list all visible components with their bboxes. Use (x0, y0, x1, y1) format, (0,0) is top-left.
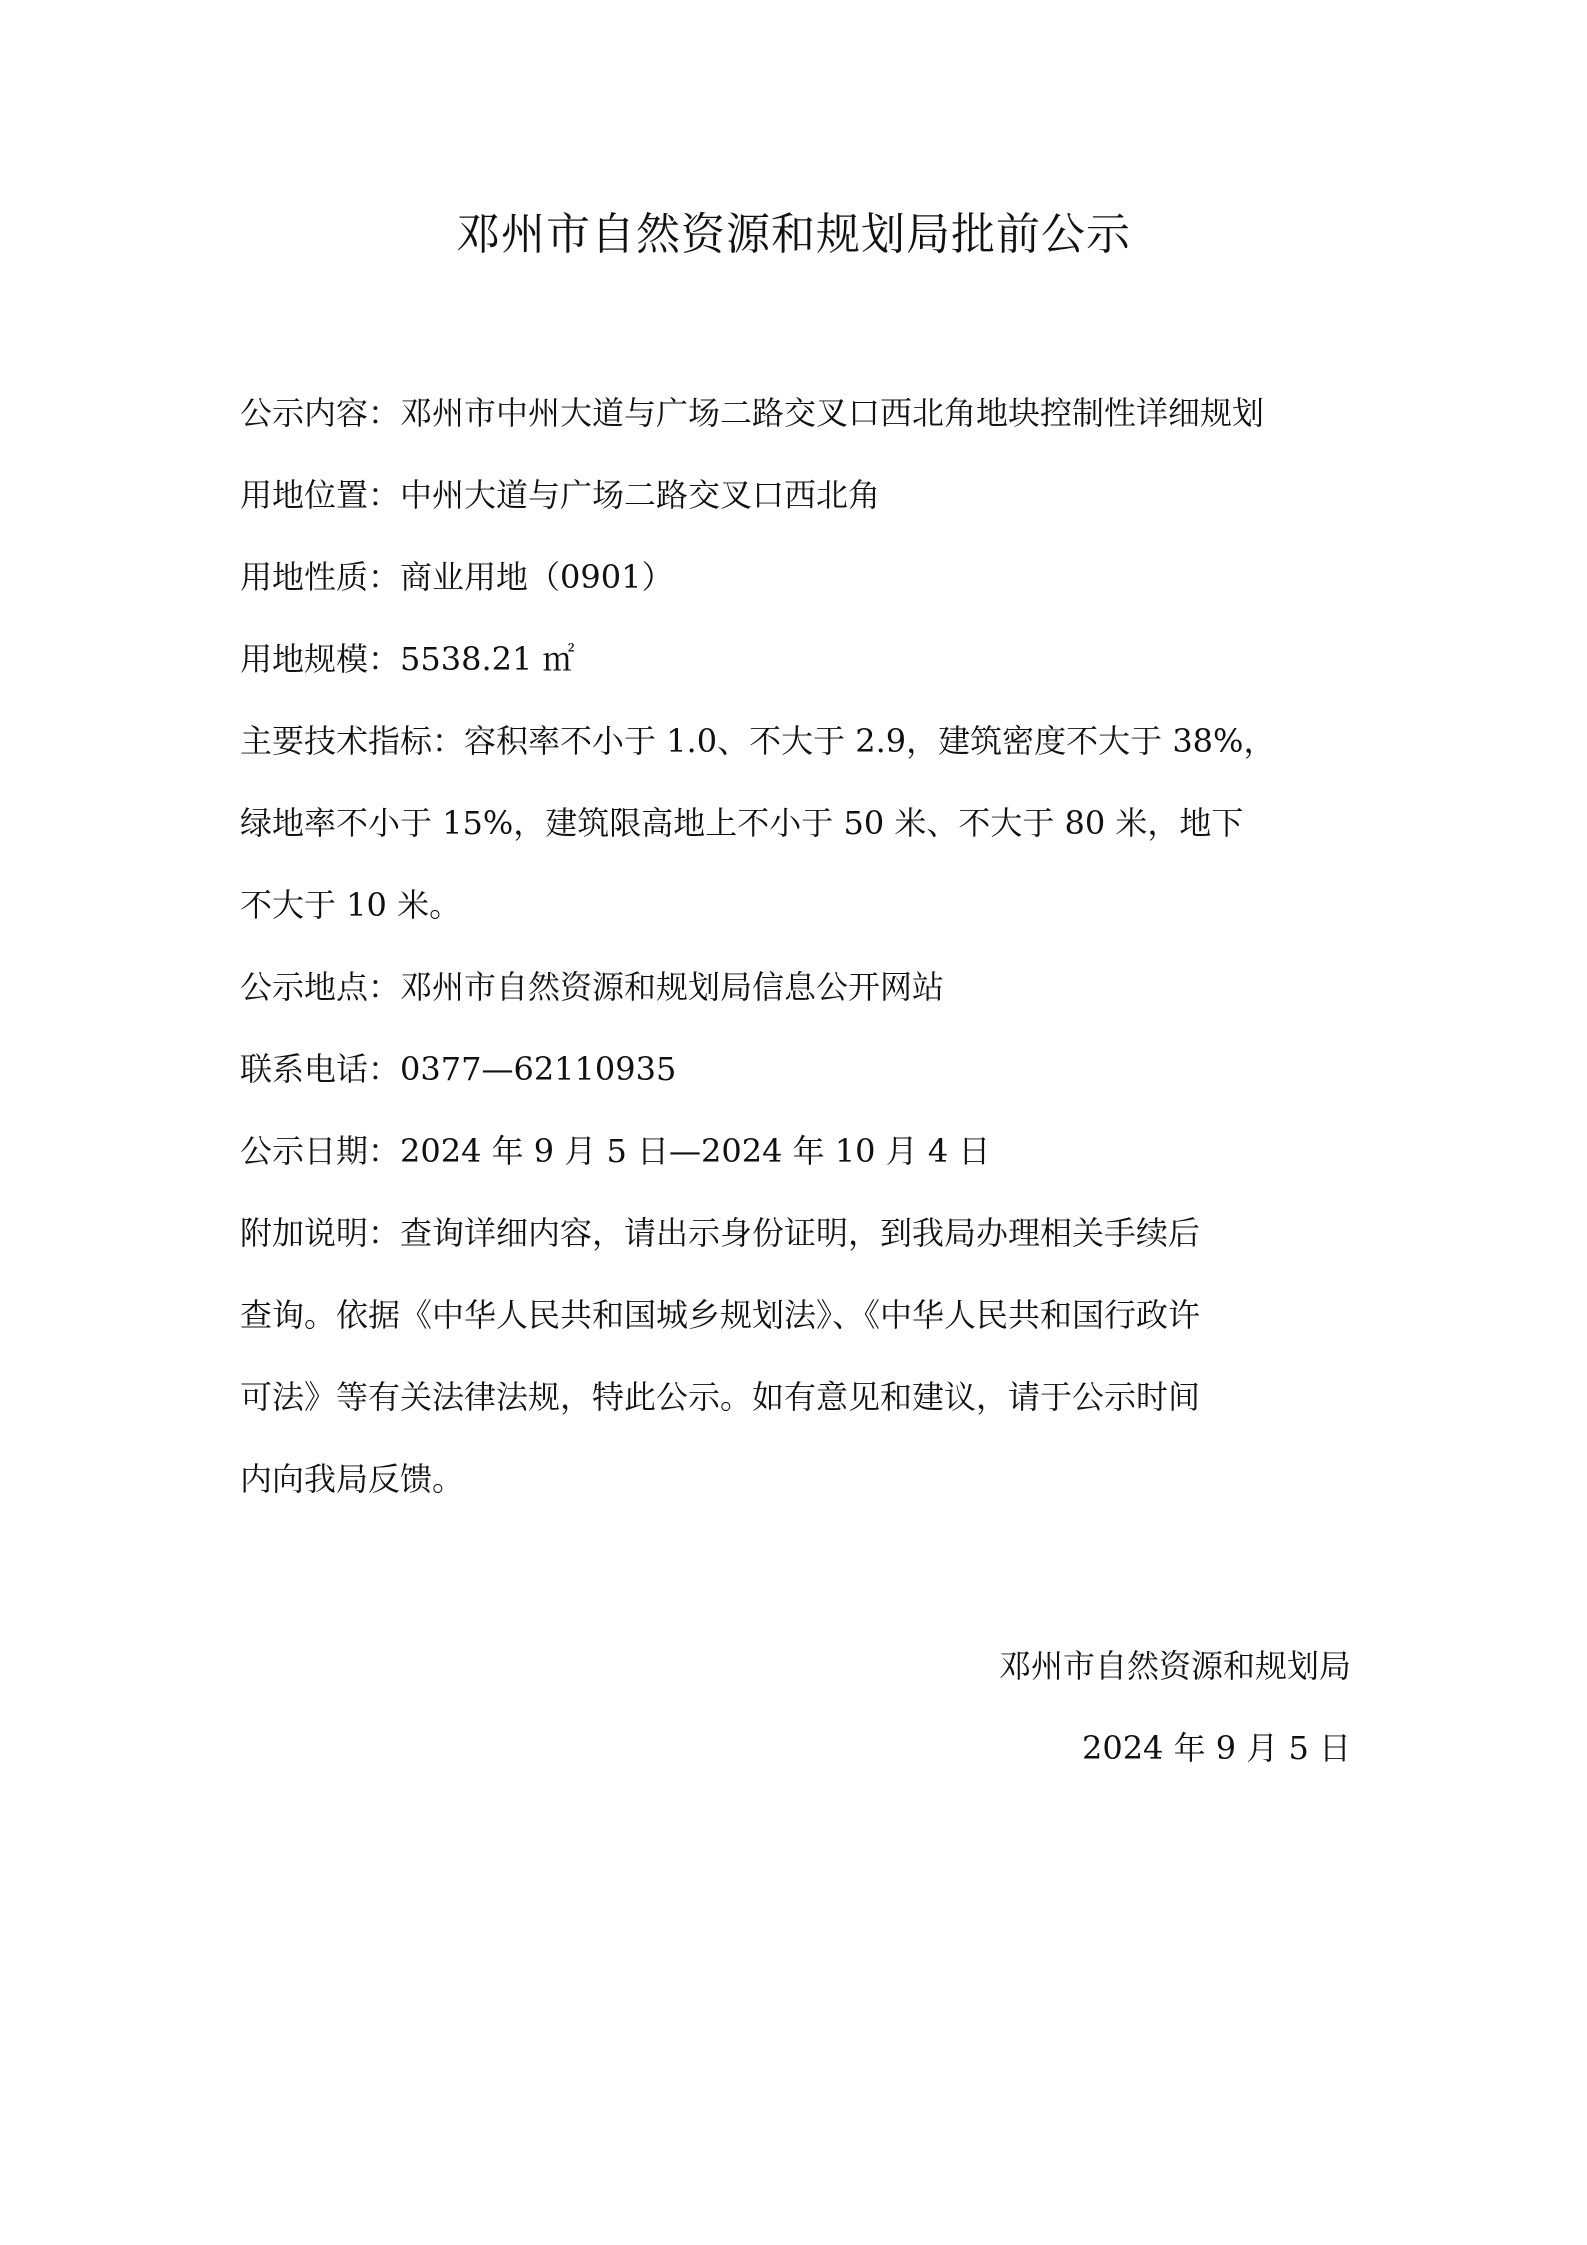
field-note: 附加说明：查询详细内容，请出示身份证明，到我局办理相关手续后 查询。依据《中华人… (240, 1192, 1360, 1520)
field-scale: 用地规模：5538.21 ㎡ (240, 618, 1360, 700)
indicators-line-2: 绿地率不小于 15%，建筑限高地上不小于 50 米、不大于 80 米，地下 (240, 782, 1360, 864)
field-value: 中州大道与广场二路交叉口西北角 (400, 476, 880, 514)
field-label: 公示地点： (240, 968, 400, 1006)
field-nature: 用地性质：商业用地（0901） (240, 536, 1360, 618)
field-value: 邓州市自然资源和规划局信息公开网站 (400, 968, 944, 1006)
field-period: 公示日期：2024 年 9 月 5 日—2024 年 10 月 4 日 (240, 1110, 1360, 1192)
field-value: 查询详细内容，请出示身份证明，到我局办理相关手续后 (400, 1214, 1200, 1252)
field-label: 用地性质： (240, 558, 400, 596)
field-place: 公示地点：邓州市自然资源和规划局信息公开网站 (240, 946, 1360, 1028)
field-label: 主要技术指标： (240, 722, 464, 760)
field-value: 0377—62110935 (400, 1050, 676, 1088)
field-label: 公示内容： (240, 394, 400, 432)
field-label: 联系电话： (240, 1050, 400, 1088)
note-line-4: 内向我局反馈。 (240, 1438, 1360, 1520)
field-label: 用地规模： (240, 640, 400, 678)
field-label: 公示日期： (240, 1132, 400, 1170)
note-line-1: 附加说明：查询详细内容，请出示身份证明，到我局办理相关手续后 (240, 1192, 1360, 1274)
field-label: 附加说明： (240, 1214, 400, 1252)
field-value: 商业用地（0901） (400, 558, 673, 596)
notice-body: 公示内容：邓州市中州大道与广场二路交叉口西北角地块控制性详细规划 用地位置：中州… (240, 372, 1360, 1520)
signature-date: 2024 年 9 月 5 日 (999, 1707, 1351, 1789)
field-label: 用地位置： (240, 476, 400, 514)
field-indicators: 主要技术指标：容积率不小于 1.0、不大于 2.9，建筑密度不大于 38%， 绿… (240, 700, 1360, 946)
field-value: 邓州市中州大道与广场二路交叉口西北角地块控制性详细规划 (400, 394, 1264, 432)
indicators-line-3: 不大于 10 米。 (240, 864, 1360, 946)
field-value: 2024 年 9 月 5 日—2024 年 10 月 4 日 (400, 1132, 990, 1170)
document-page: 邓州市自然资源和规划局批前公示 公示内容：邓州市中州大道与广场二路交叉口西北角地… (0, 0, 1587, 2245)
signature-block: 邓州市自然资源和规划局 2024 年 9 月 5 日 (999, 1625, 1351, 1789)
field-content: 公示内容：邓州市中州大道与广场二路交叉口西北角地块控制性详细规划 (240, 372, 1360, 454)
page-title: 邓州市自然资源和规划局批前公示 (0, 205, 1587, 265)
signature-org: 邓州市自然资源和规划局 (999, 1625, 1351, 1707)
field-value: 容积率不小于 1.0、不大于 2.9，建筑密度不大于 38%， (464, 722, 1275, 760)
field-location: 用地位置：中州大道与广场二路交叉口西北角 (240, 454, 1360, 536)
note-line-3: 可法》等有关法律法规，特此公示。如有意见和建议，请于公示时间 (240, 1356, 1360, 1438)
note-line-2: 查询。依据《中华人民共和国城乡规划法》、《中华人民共和国行政许 (240, 1274, 1360, 1356)
indicators-line-1: 主要技术指标：容积率不小于 1.0、不大于 2.9，建筑密度不大于 38%， (240, 700, 1360, 782)
field-phone: 联系电话：0377—62110935 (240, 1028, 1360, 1110)
field-value: 5538.21 ㎡ (400, 640, 575, 678)
